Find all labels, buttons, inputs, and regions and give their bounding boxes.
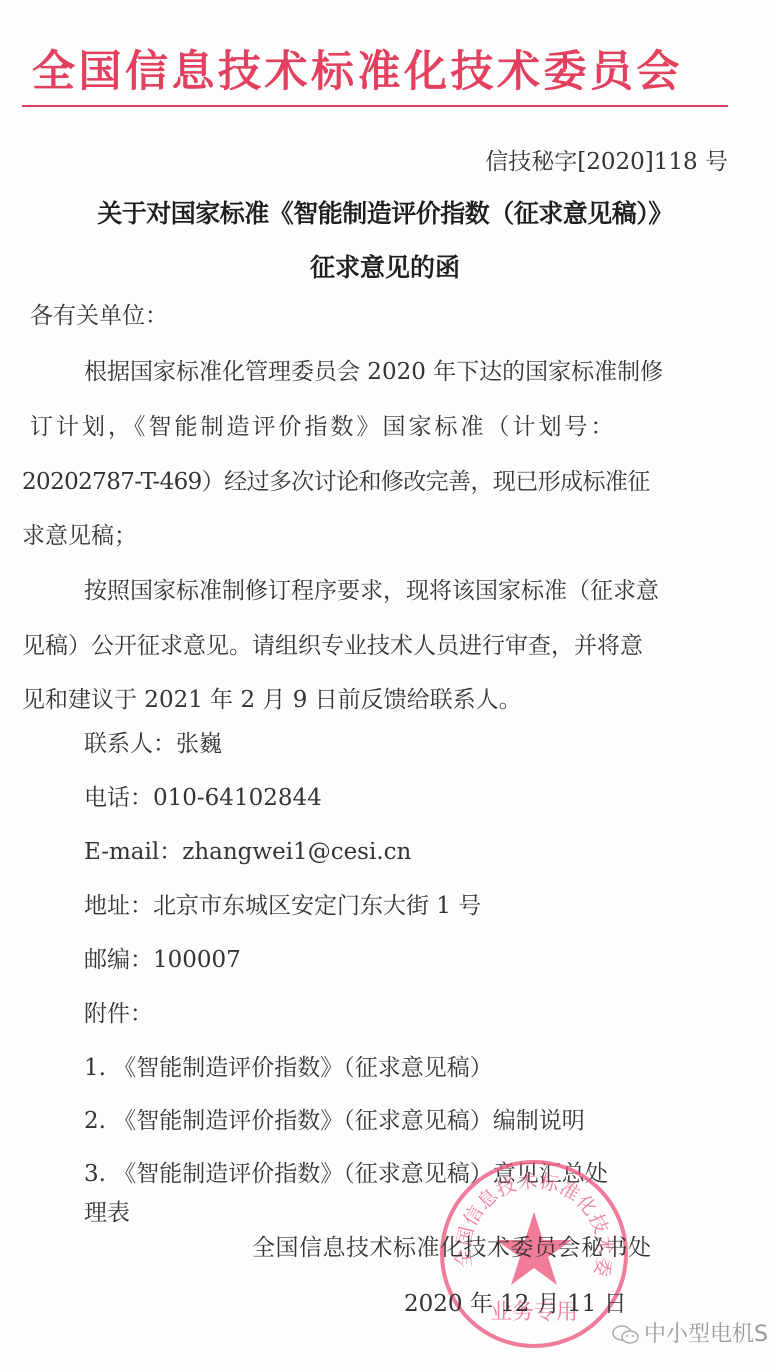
wechat-icon [612, 1324, 640, 1346]
signature-date: 2020 年 12 月 11 日 [404, 1288, 627, 1320]
organization-header: 全国信息技术标准化技术委员会 [32, 44, 738, 100]
attachment-item-3: 3. 《智能制造评价指数》（征求意见稿）意见汇总处 [84, 1158, 608, 1190]
contact-person: 联系人：张巍 [84, 728, 222, 760]
document-title-line2: 征求意见的函 [0, 250, 770, 286]
para1-line1: 根据国家标准化管理委员会 2020 年下达的国家标准制修 [84, 356, 663, 388]
para2-line2: 见稿）公开征求意见。请组织专业技术人员进行审查，并将意 [22, 630, 643, 662]
para1-line3: 20202787-T-469）经过多次讨论和修改完善，现已形成标准征 [22, 466, 650, 498]
watermark-text: 中小型电机SM [644, 1322, 770, 1347]
para2-line3: 见和建议于 2021 年 2 月 9 日前反馈给联系人。 [22, 684, 522, 716]
para2-line1: 按照国家标准制修订程序要求，现将该国家标准（征求意 [84, 575, 659, 607]
source-watermark: 中小型电机SM [612, 1320, 770, 1350]
contact-postcode: 邮编：100007 [84, 944, 241, 976]
attachment-item-3-cont: 理表 [84, 1197, 130, 1229]
salutation: 各有关单位： [30, 300, 168, 332]
document-title-line1: 关于对国家标准《智能制造评价指数（征求意见稿）》 [0, 196, 770, 232]
contact-address: 地址：北京市东城区安定门东大街 1 号 [84, 890, 481, 922]
attachment-item-2: 2. 《智能制造评价指数》（征求意见稿）编制说明 [84, 1105, 585, 1137]
attachment-item-1: 1. 《智能制造评价指数》（征求意见稿） [84, 1052, 493, 1084]
para1-line4: 求意见稿； [22, 520, 137, 552]
header-divider [22, 105, 728, 107]
attachments-label: 附件： [84, 998, 153, 1030]
signature-office: 全国信息技术标准化技术委员会秘书处 [252, 1232, 652, 1264]
contact-phone: 电话：010-64102844 [84, 782, 322, 814]
para1-line2: 订计划，《智能制造评价指数》国家标准（计划号： [30, 411, 617, 443]
contact-email: E-mail：zhangwei1@cesi.cn [84, 836, 411, 868]
document-number: 信技秘字[2020]118 号 [485, 146, 728, 178]
